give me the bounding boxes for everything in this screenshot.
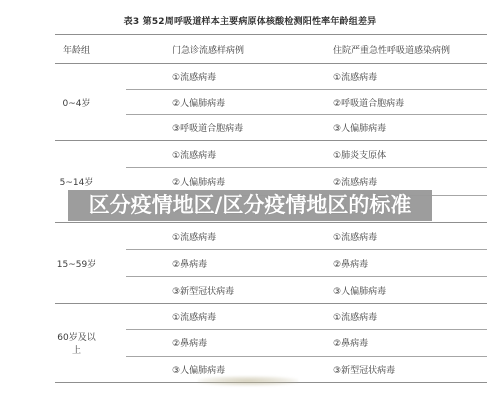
document-page: 表3 第52周呼吸道样本主要病原体核酸检测阳性率年龄组差异 年龄组 门急诊流感样…	[0, 0, 500, 402]
outpatient-cell-group: ①流感病毒 ②鼻病毒 ③人偏肺病毒	[126, 304, 317, 382]
inpatient-cell-group: ①流感病毒 ②鼻病毒 ③新型冠状病毒	[317, 304, 487, 382]
pathogen-rank-1: ①流感病毒	[126, 141, 317, 168]
pathogen-rank-1: ①流感病毒	[126, 223, 317, 250]
header-outpatient-ili-cases: 门急诊流感样病例	[126, 43, 317, 56]
pathogen-rank-2: ②鼻病毒	[126, 330, 317, 356]
table-title: 表3 第52周呼吸道样本主要病原体核酸检测阳性率年龄组差异	[0, 14, 500, 27]
pathogen-rank-3: ③人偏肺病毒	[317, 277, 487, 303]
age-group-label: 15~59岁	[55, 223, 126, 303]
outpatient-cell-group: ①流感病毒 ②鼻病毒 ③新型冠状病毒	[126, 223, 317, 303]
blurred-watermark-smudge	[198, 376, 298, 386]
table-row-age-60-plus: 60岁及以上 ①流感病毒 ②鼻病毒 ③人偏肺病毒 ①流感病毒 ②鼻病毒 ③新型冠…	[55, 304, 487, 383]
pathogen-rank-1: ①流感病毒	[317, 64, 487, 90]
header-age-group: 年龄组	[55, 43, 126, 56]
pathogen-rank-2: ②鼻病毒	[317, 250, 487, 277]
watermark-text: 区分疫情地区/区分疫情地区的标准	[89, 195, 412, 216]
pathogen-rank-3: ③新型冠状病毒	[126, 277, 317, 303]
table-header-row: 年龄组 门急诊流感样病例 住院严重急性呼吸道感染病例	[55, 35, 487, 64]
table-row-age-0-4: 0~4岁 ①流感病毒 ②人偏肺病毒 ③呼吸道合胞病毒 ①流感病毒 ②呼吸道合胞病…	[55, 64, 487, 141]
pathogen-rank-1: ①肺炎支原体	[317, 141, 487, 168]
pathogen-rank-3: ③新型冠状病毒	[317, 357, 487, 382]
pathogen-rank-1: ①流感病毒	[126, 304, 317, 330]
age-group-label: 0~4岁	[55, 64, 126, 140]
pathogen-rank-1: ①流感病毒	[317, 223, 487, 250]
pathogen-rank-2: ②鼻病毒	[126, 250, 317, 277]
outpatient-cell-group: ①流感病毒 ②人偏肺病毒 ③呼吸道合胞病毒	[126, 64, 317, 140]
pathogen-rank-1: ①流感病毒	[317, 304, 487, 330]
table-row-age-15-59: 15~59岁 ①流感病毒 ②鼻病毒 ③新型冠状病毒 ①流感病毒 ②鼻病毒 ③人偏…	[55, 223, 487, 304]
inpatient-cell-group: ①流感病毒 ②呼吸道合胞病毒 ③人偏肺病毒	[317, 64, 487, 140]
watermark-banner: 区分疫情地区/区分疫情地区的标准	[68, 190, 432, 221]
pathogen-rank-2: ②鼻病毒	[317, 330, 487, 356]
pathogen-rank-2: ②呼吸道合胞病毒	[317, 90, 487, 116]
pathogen-rank-1: ①流感病毒	[126, 64, 317, 90]
pathogen-rank-2: ②人偏肺病毒	[126, 90, 317, 116]
header-inpatient-sari-cases: 住院严重急性呼吸道感染病例	[317, 43, 487, 56]
pathogen-rank-3: ③人偏肺病毒	[317, 115, 487, 140]
inpatient-cell-group: ①流感病毒 ②鼻病毒 ③人偏肺病毒	[317, 223, 487, 303]
age-group-label: 60岁及以上	[55, 304, 126, 382]
pathogen-rank-3: ③呼吸道合胞病毒	[126, 115, 317, 140]
